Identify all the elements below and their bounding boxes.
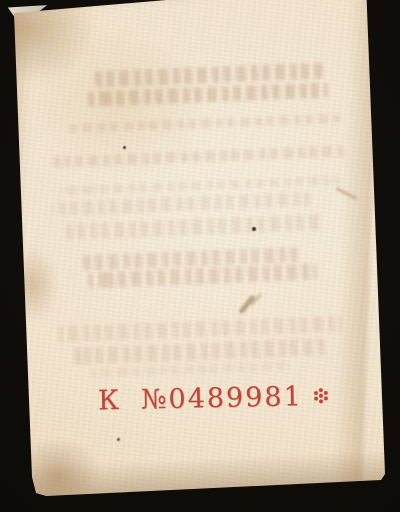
paper-speck: [117, 438, 120, 441]
bleed-through-line: [52, 145, 347, 167]
bleed-through-line: [90, 361, 290, 378]
seven-dot-rosette-icon: [311, 387, 329, 405]
numero-sign: №: [141, 384, 169, 416]
serial-number-line: К №0489981: [98, 382, 330, 417]
bleed-through-layer: [0, 0, 400, 512]
numero-group: №0489981: [141, 382, 303, 415]
document-card-back: К №0489981: [0, 0, 400, 512]
serial-digits: 0489981: [168, 381, 303, 415]
bleed-through-line: [65, 114, 340, 134]
bleed-through-line: [52, 192, 310, 216]
series-letter: К: [98, 386, 121, 416]
bleed-through-line: [66, 214, 324, 240]
paper-speck: [252, 227, 256, 231]
photo-backdrop: К №0489981: [0, 0, 400, 512]
paper-speck: [123, 146, 126, 149]
